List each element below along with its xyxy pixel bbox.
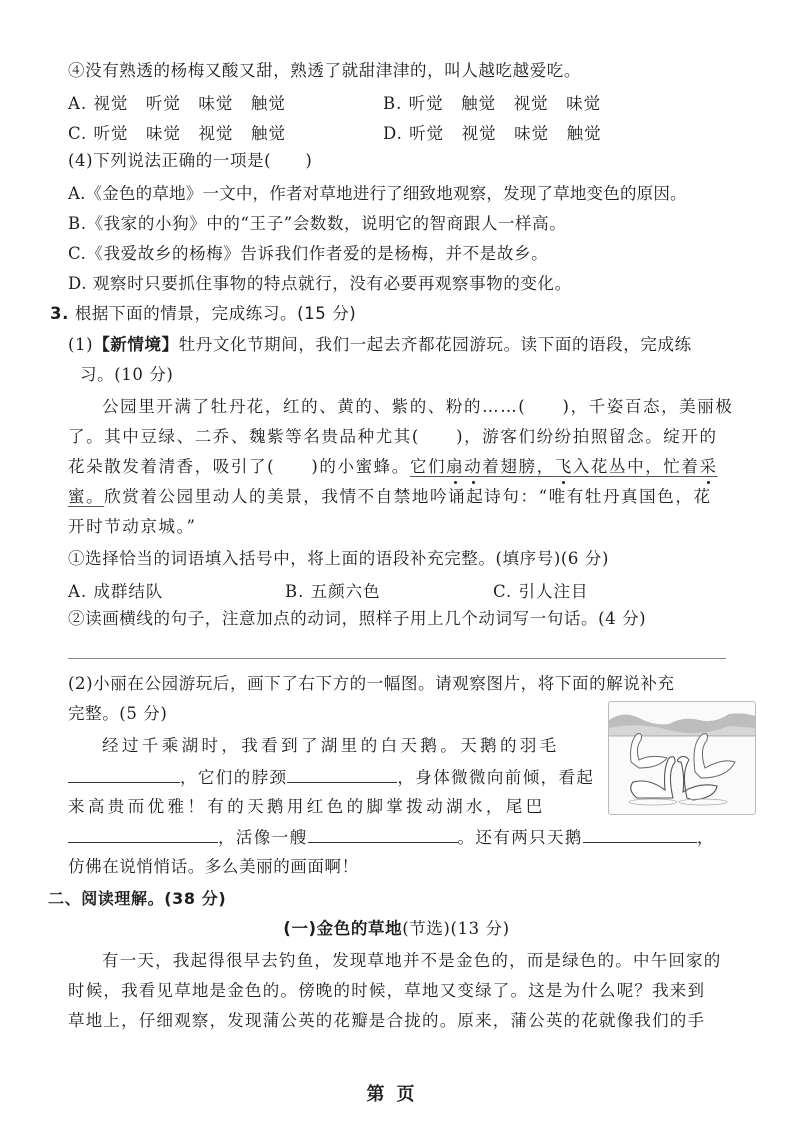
- new-context-tag: 【新情境】: [93, 335, 179, 354]
- sub1-number: (1): [68, 335, 93, 354]
- reading-line-3: 草地上，仔细观察，发现蒲公英的花瓣是合拢的。原来，蒲公英的花就像我们的手: [68, 1010, 705, 1032]
- q4-option-d: D. 观察时只要抓住事物的特点就行，没有必要再观察事物的变化。: [68, 273, 572, 295]
- question-3-heading: 3. 根据下面的情景，完成练习。(15 分): [50, 303, 356, 325]
- passage-title-row: (一)金色的草地(节选)(13 分): [0, 918, 793, 940]
- section-heading: 二、阅读理解。(38 分): [48, 888, 226, 910]
- text: 。还有两只天鹅: [458, 828, 583, 847]
- sub2-line-4: ，活像一艘。还有两只天鹅，: [68, 826, 715, 849]
- option-d: D. 听觉 视觉 味觉 触觉: [383, 120, 602, 144]
- swans-on-lake-icon: [609, 702, 755, 814]
- passage-title: (一)金色的草地: [283, 919, 402, 938]
- dotted-verb: 采: [700, 457, 718, 476]
- fill-blank-feathers[interactable]: [68, 766, 180, 783]
- answer-writing-line[interactable]: [68, 658, 726, 659]
- fill-blank-boat[interactable]: [308, 826, 458, 843]
- underlined-sentence-end: 蜜。: [68, 487, 104, 506]
- text: 入花丛中，忙着: [573, 457, 700, 476]
- text: ，活像一艘: [218, 828, 308, 847]
- question-item-4: ④没有熟透的杨梅又酸又甜，熟透了就甜津津的，叫人越吃越爱吃。: [68, 60, 581, 82]
- sub1-item-2: ②读画横线的句子，注意加点的动词，照样子用上几个动词写一句话。(4 分): [68, 608, 646, 630]
- dotted-verb: 扇: [446, 457, 464, 476]
- reading-line-2: 时候，我看见草地是金色的。傍晚的时候，草地又变绿了。这是为什么呢？我来到: [68, 980, 705, 1002]
- passage-text: 花朵散发着清香，吸引了( )的小蜜蜂。: [68, 457, 410, 476]
- swans-illustration: [608, 701, 756, 815]
- sub2-line-3: 来高贵而优雅！有的天鹅用红色的脚掌拨动湖水，尾巴: [68, 796, 546, 818]
- fill-blank-neck[interactable]: [287, 766, 397, 783]
- text: ，: [697, 828, 715, 847]
- choice-c: C. 引人注目: [493, 578, 589, 602]
- dotted-verb: 动: [464, 457, 482, 476]
- underlined-sentence: 它们扇动着翅膀，飞入花丛中，忙着采: [410, 457, 718, 476]
- passage-title-note: (节选)(13 分): [402, 919, 510, 938]
- question-number: 3.: [50, 304, 69, 323]
- reading-line-1: 有一天，我起得很早去钓鱼，发现草地并不是金色的，而是绿色的。中午回家的: [102, 950, 722, 972]
- sub2-stem-line1: (2)小丽在公园游玩后，画下了右下方的一幅图。请观察图片，将下面的解说补充: [68, 673, 675, 695]
- choice-b: B. 五颜六色: [285, 578, 381, 602]
- passage-line-2: 了。其中豆绿、二乔、魏紫等名贵品种尤其( )，游客们纷纷拍照留念。绽开的: [68, 426, 718, 448]
- passage-line-5: 开时节动京城。”: [68, 516, 197, 538]
- passage-line-3: 花朵散发着清香，吸引了( )的小蜜蜂。它们扇动着翅膀，飞入花丛中，忙着采: [68, 456, 718, 478]
- question-4-stem: (4)下列说法正确的一项是( ): [68, 150, 312, 172]
- text: ，它们的脖颈: [180, 768, 287, 787]
- text: ，身体微微向前倾，看起: [397, 768, 594, 787]
- passage-line-4: 蜜。欣赏着公园里动人的美景，我情不自禁地吟诵起诗句：“唯有牡丹真国色，花: [68, 486, 712, 508]
- option-b: B. 听觉 触觉 视觉 味觉: [383, 90, 601, 114]
- dotted-verb: 飞: [555, 457, 573, 476]
- fill-blank-two-swans[interactable]: [583, 826, 697, 843]
- sub1-stem-text: 牡丹文化节期间，我们一起去齐都花园游玩。读下面的语段，完成练: [179, 335, 692, 354]
- sub1-stem-line2: 习。(10 分): [80, 364, 173, 386]
- fill-blank-tail[interactable]: [68, 826, 218, 843]
- q4-option-c: C.《我爱故乡的杨梅》告诉我们作者爱的是杨梅，并不是故乡。: [68, 243, 548, 265]
- passage-line-1: 公园里开满了牡丹花，红的、黄的、紫的、粉的……( )，千姿百态，美丽极: [102, 396, 733, 418]
- question-title: 根据下面的情景，完成练习。(15 分): [75, 304, 357, 323]
- sub2-line-2: ，它们的脖颈，身体微微向前倾，看起: [68, 766, 594, 789]
- option-a: A. 视觉 听觉 味觉 触觉: [68, 90, 286, 114]
- sub2-stem-line2: 完整。(5 分): [68, 703, 167, 725]
- q4-option-a: A.《金色的草地》一文中，作者对草地进行了细致地观察，发现了草地变色的原因。: [68, 183, 687, 205]
- text: 着翅膀，: [482, 457, 554, 476]
- choice-a: A. 成群结队: [68, 578, 163, 602]
- text: 它们: [410, 457, 446, 476]
- sub2-line-1: 经过千乘湖时，我看到了湖里的白天鹅。天鹅的羽毛: [102, 735, 560, 757]
- q4-option-b: B.《我家的小狗》中的“王子”会数数，说明它的智商跟人一样高。: [68, 213, 566, 235]
- option-c: C. 听觉 味觉 视觉 触觉: [68, 120, 286, 144]
- sub1-item-1: ①选择恰当的词语填入括号中，将上面的语段补充完整。(填序号)(6 分): [68, 548, 609, 570]
- sub2-line-5: 仿佛在说悄悄话。多么美丽的画面啊！: [68, 856, 359, 878]
- page-footer: 第页: [0, 1080, 793, 1106]
- sub1-stem-line1: (1)【新情境】牡丹文化节期间，我们一起去齐都花园游玩。读下面的语段，完成练: [68, 334, 692, 356]
- passage-text: 欣赏着公园里动人的美景，我情不自禁地吟诵起诗句：“唯有牡丹真国色，花: [104, 487, 711, 506]
